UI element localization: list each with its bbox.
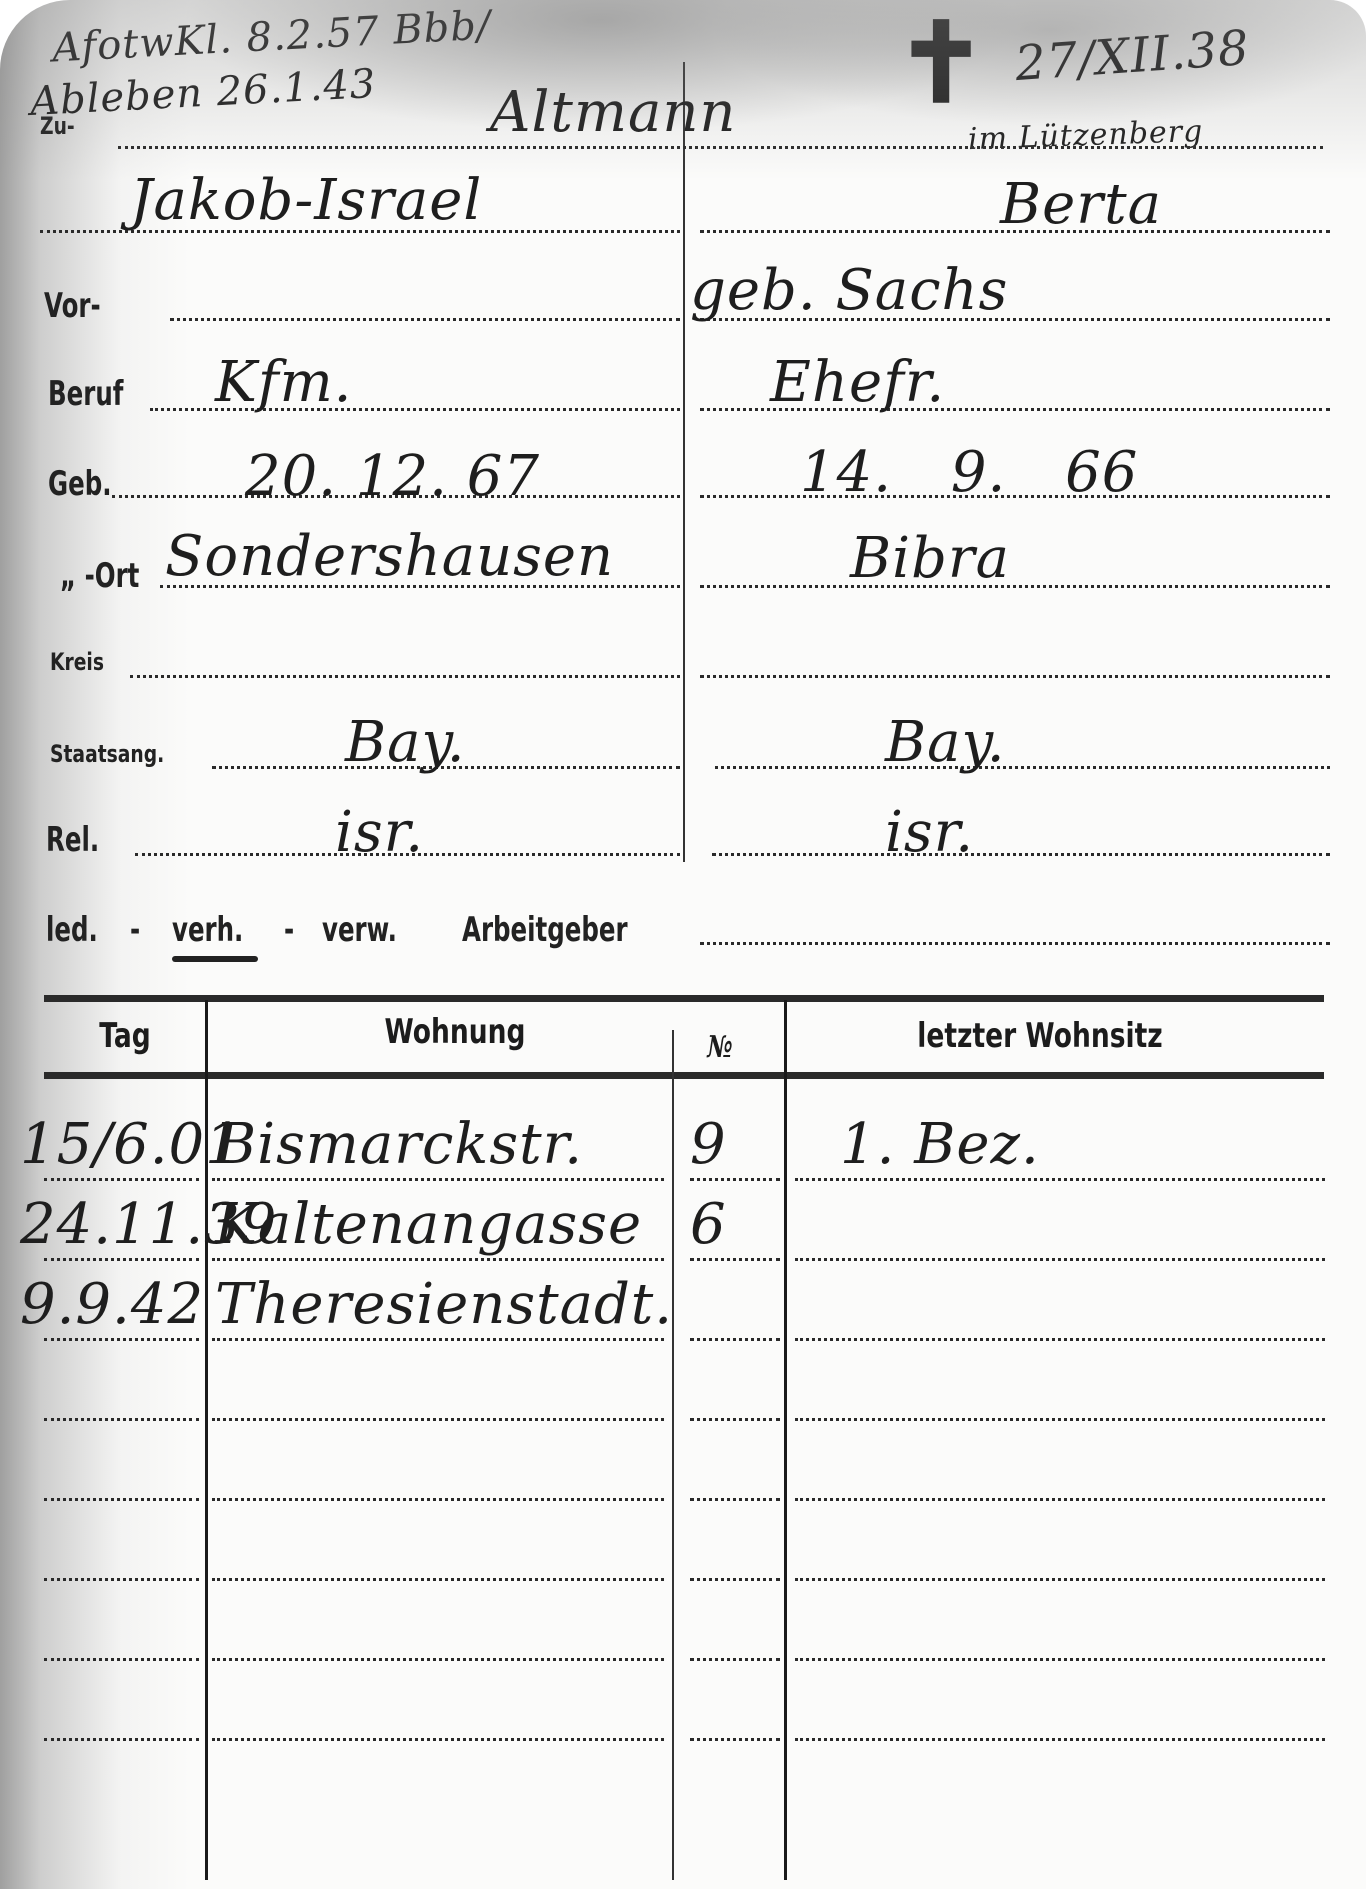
husband-given: Jakob-Israel: [130, 168, 482, 233]
row-line-day: [44, 1738, 199, 1741]
row-line-residence: [212, 1498, 664, 1501]
row-line-residence: [212, 1258, 664, 1261]
row-line-residence: [212, 1738, 664, 1741]
row-line-number: [690, 1578, 780, 1581]
row-line-day: [44, 1658, 199, 1661]
header-residence: Wohnung: [299, 1012, 611, 1052]
row-line-number: [690, 1498, 780, 1501]
row-line-number: [690, 1658, 780, 1661]
wife-occupation: Ehefr.: [770, 350, 945, 415]
row-line-day: [44, 1258, 199, 1261]
row-line-residence: [212, 1338, 664, 1341]
row-line-previous: [795, 1498, 1325, 1501]
label-birth: Geb.: [48, 464, 112, 504]
label-surname: Zu-: [40, 112, 75, 140]
wife-citizenship: Bay.: [885, 710, 1006, 775]
death-date: 27/XII.38: [1013, 20, 1251, 92]
cell-number: 9: [690, 1112, 727, 1177]
death-place: im Lützenberg: [967, 114, 1203, 157]
label-citizenship: Staatsang.: [50, 740, 164, 768]
annotation-line-2: Ableben 26.1.43: [29, 61, 377, 125]
cell-previous: 1. Bez.: [840, 1112, 1040, 1177]
line-surname: [118, 146, 1323, 149]
cell-residence: Theresienstadt.: [215, 1272, 673, 1337]
row-line-number: [690, 1418, 780, 1421]
label-given: Vor-: [44, 286, 101, 326]
row-line-day: [44, 1418, 199, 1421]
row-line-previous: [795, 1738, 1325, 1741]
row-line-previous: [795, 1658, 1325, 1661]
label-religion: Rel.: [46, 820, 99, 860]
line-district-right: [700, 675, 1330, 678]
husband-occupation: Kfm.: [215, 350, 352, 415]
cell-residence: Kaltenangasse: [215, 1192, 642, 1257]
husband-birth-date: 20. 12. 67: [245, 444, 540, 509]
col-divider-number: [784, 1000, 787, 1880]
row-line-day: [44, 1498, 199, 1501]
label-marital-verw: verw.: [322, 910, 397, 950]
col-divider-residence: [672, 1030, 674, 1880]
row-line-number: [690, 1338, 780, 1341]
row-line-residence: [212, 1418, 664, 1421]
husband-surname: Altmann: [490, 80, 736, 145]
cell-residence: Bismarckstr.: [215, 1112, 583, 1177]
row-line-previous: [795, 1178, 1325, 1181]
registration-card: AfotwKl. 8.2.57 Bbb/ Ableben 26.1.43 ✝ 2…: [0, 0, 1366, 1889]
cell-day: 9.9.42: [20, 1272, 204, 1337]
label-marital-ledig: led.: [46, 910, 98, 950]
row-line-number: [690, 1178, 780, 1181]
table-top-rule: [44, 995, 1324, 1002]
marital-selected-underline: [172, 956, 258, 962]
label-occupation: Beruf: [48, 374, 123, 414]
cell-day: 15/6.01: [20, 1112, 242, 1177]
header-day: Tag: [74, 1016, 175, 1056]
husband-religion: isr.: [335, 800, 424, 865]
line-birthplace-right: [700, 585, 1330, 588]
header-previous-residence: letzter Wohnsitz: [876, 1016, 1204, 1056]
label-district: Kreis: [50, 648, 104, 676]
line-given-2-left: [170, 318, 680, 321]
wife-birthplace: Bibra: [850, 526, 1010, 591]
marital-dash-2: -: [284, 910, 294, 950]
row-line-previous: [795, 1578, 1325, 1581]
header-number: №: [689, 1030, 751, 1065]
label-employer: Arbeitgeber: [462, 910, 628, 950]
wife-birth-date: 14. 9. 66: [800, 440, 1138, 505]
row-line-residence: [212, 1578, 664, 1581]
husband-birthplace: Sondershausen: [165, 524, 614, 589]
row-line-day: [44, 1578, 199, 1581]
line-district-left: [130, 675, 680, 678]
husband-citizenship: Bay.: [345, 710, 466, 775]
label-marital-verh: verh.: [172, 910, 243, 950]
row-line-number: [690, 1258, 780, 1261]
line-citizenship-right: [715, 766, 1330, 769]
row-line-number: [690, 1738, 780, 1741]
row-line-previous: [795, 1338, 1325, 1341]
table-header-rule: [44, 1072, 1324, 1079]
wife-given: Berta: [1000, 172, 1162, 237]
line-religion-right: [712, 853, 1330, 856]
row-line-previous: [795, 1418, 1325, 1421]
marital-dash-1: -: [130, 910, 140, 950]
column-divider: [683, 62, 685, 862]
wife-religion: isr.: [885, 800, 974, 865]
death-cross-icon: ✝: [895, 8, 987, 118]
cell-number: 6: [690, 1192, 727, 1257]
row-line-previous: [795, 1258, 1325, 1261]
wife-maiden-name: geb. Sachs: [690, 258, 1008, 323]
row-line-residence: [212, 1658, 664, 1661]
row-line-residence: [212, 1178, 664, 1181]
annotation-line-1: AfotwKl. 8.2.57 Bbb/: [51, 3, 492, 72]
row-line-day: [44, 1338, 199, 1341]
label-birthplace: „ -Ort: [60, 556, 139, 596]
row-line-day: [44, 1178, 199, 1181]
line-employer: [700, 942, 1330, 945]
